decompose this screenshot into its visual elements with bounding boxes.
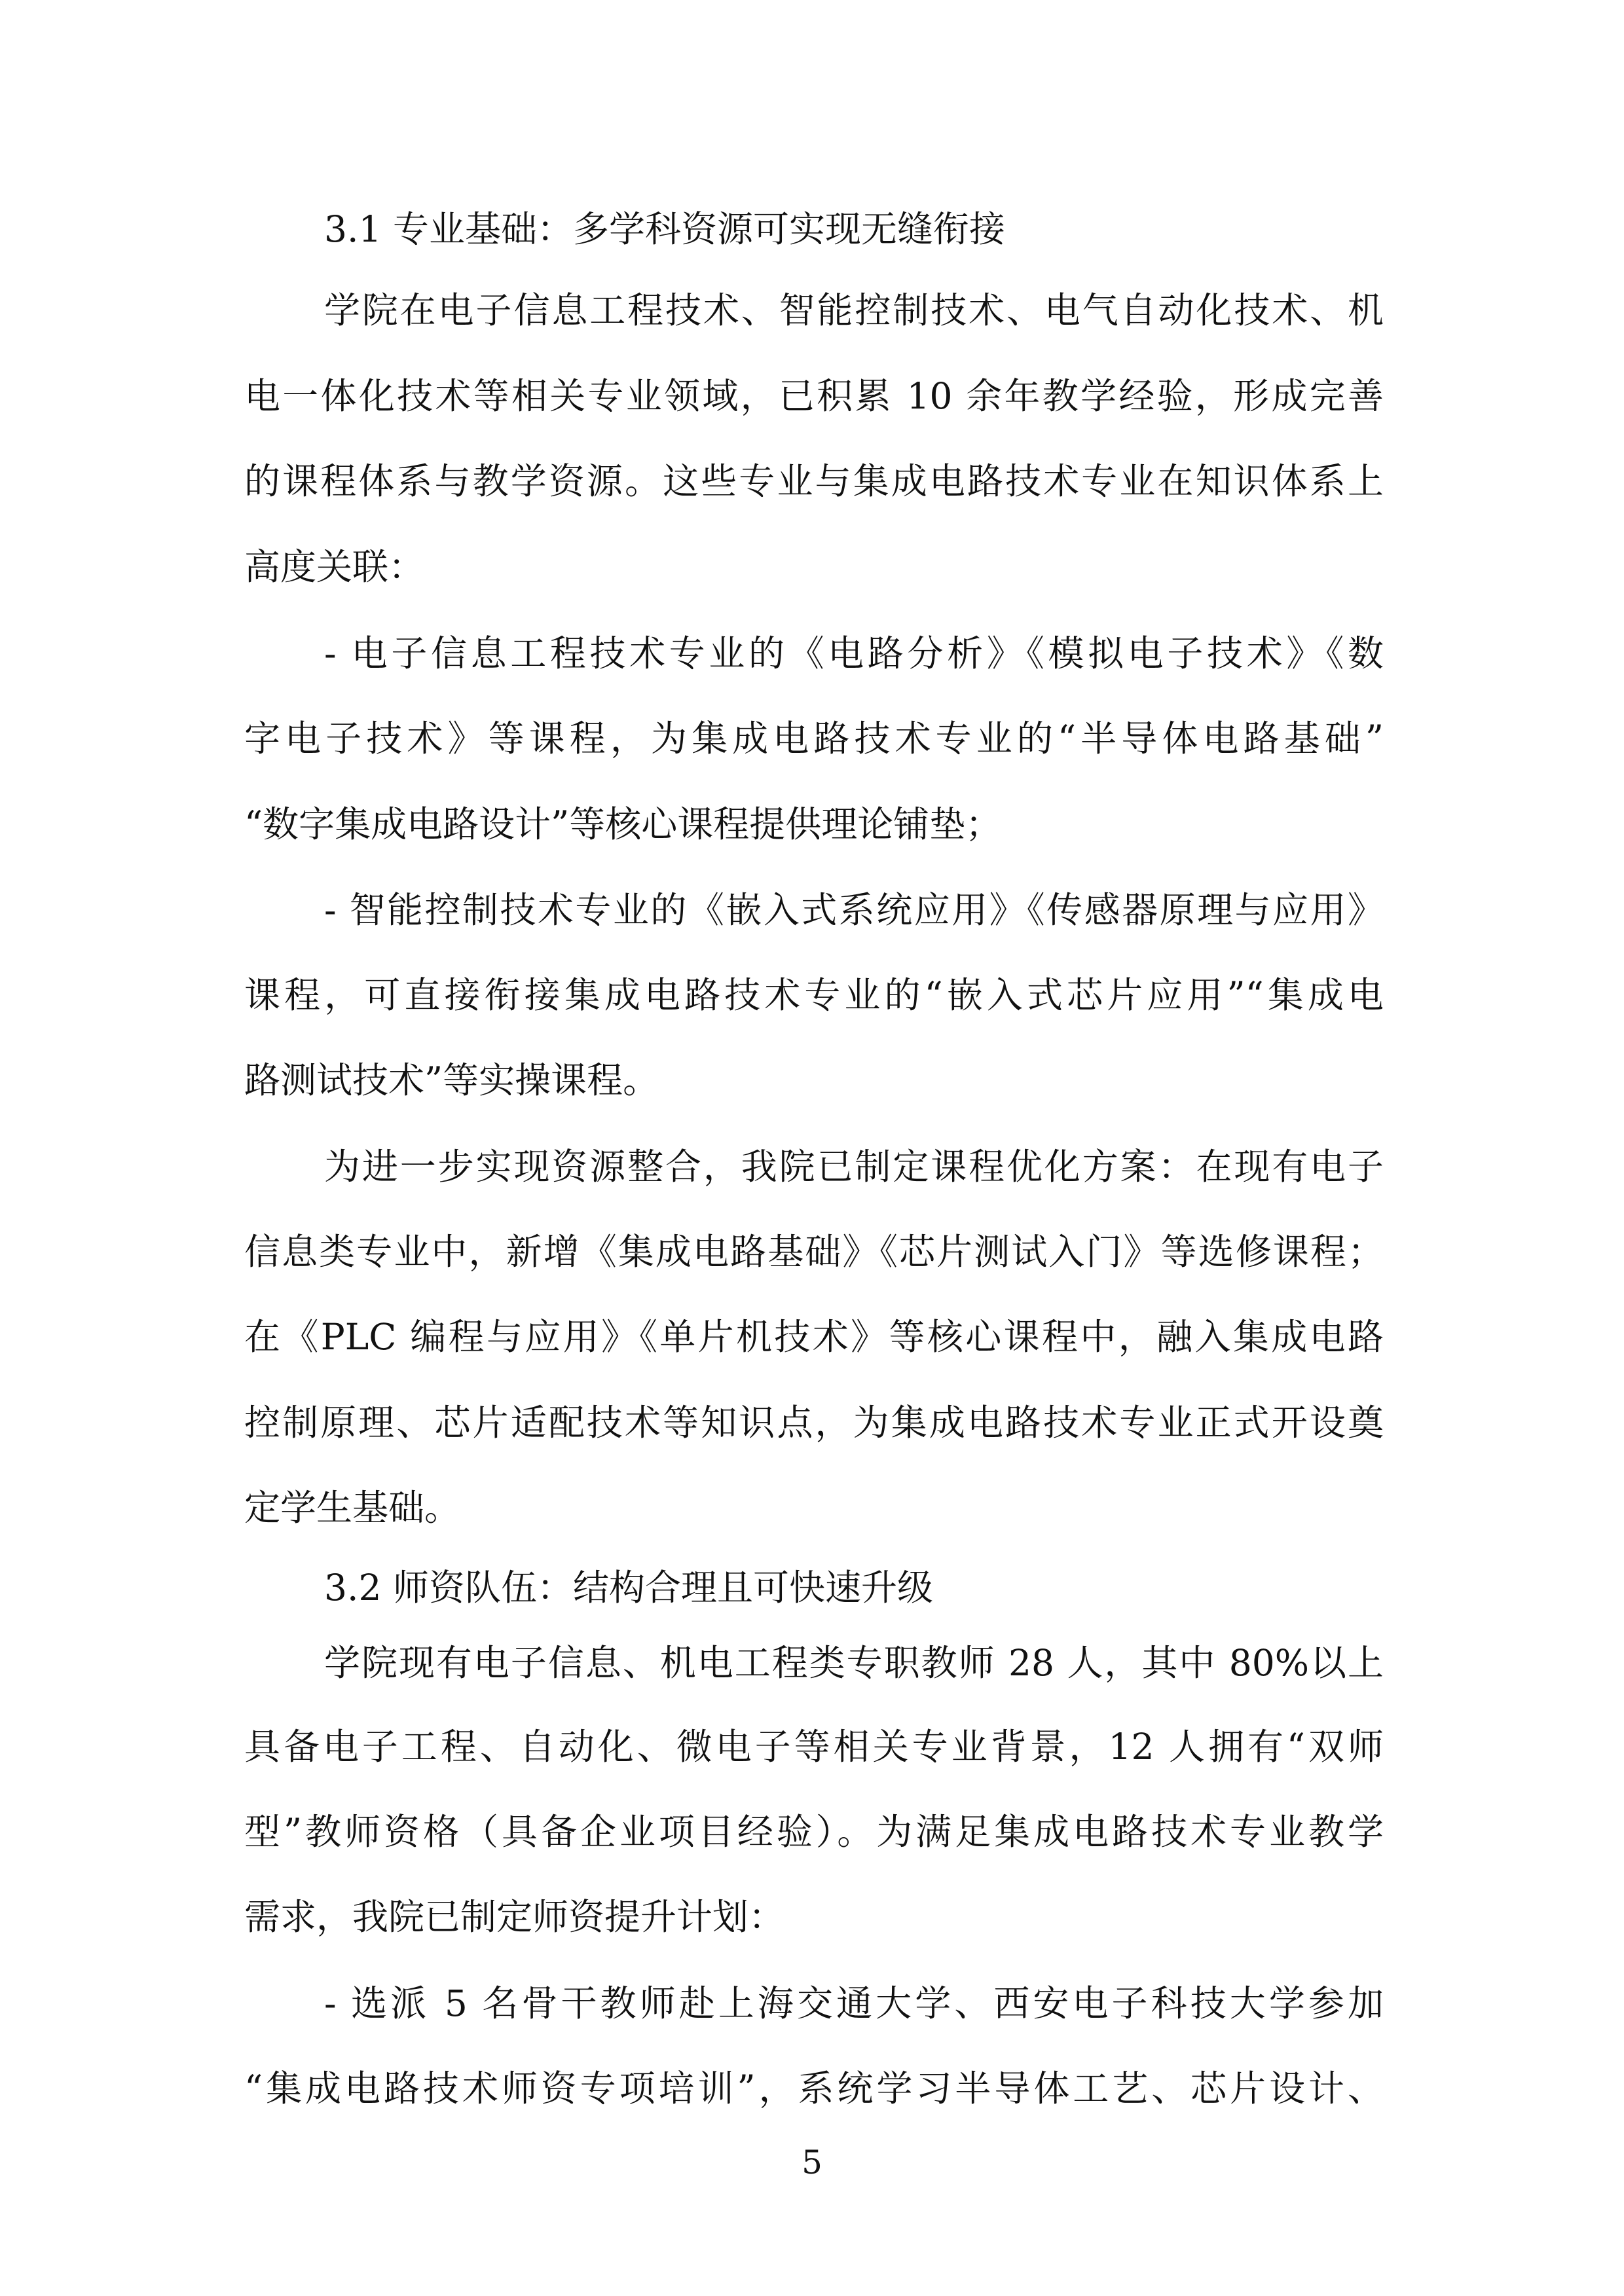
paragraph-line: 定学生基础。 (244, 1485, 1384, 1531)
bullet-item-line: - 选派 5 名骨干教师赴上海交通大学、西安电子科技大学参加 (324, 1980, 1384, 2026)
bullet-item-line: 路测试技术”等实操课程。 (244, 1057, 1384, 1103)
page-number: 5 (779, 2140, 845, 2185)
paragraph-line: 的课程体系与教学资源。这些专业与集成电路技术专业在知识体系上 (244, 458, 1384, 504)
paragraph-line: 信息类专业中，新增《集成电路基础》《芯片测试入门》等选修课程； (244, 1229, 1384, 1275)
bullet-item-line: 课程，可直接衔接集成电路技术专业的“嵌入式芯片应用”“集成电 (244, 972, 1384, 1018)
bullet-item-line: “数字集成电路设计”等核心课程提供理论铺垫； (244, 801, 1384, 847)
paragraph-line: 控制原理、芯片适配技术等知识点，为集成电路技术专业正式开设奠 (244, 1400, 1384, 1446)
paragraph-line: 学院现有电子信息、机电工程类专职教师 28 人，其中 80%以上 (324, 1640, 1384, 1686)
paragraph-line: 在《PLC 编程与应用》《单片机技术》等核心课程中，融入集成电路 (244, 1314, 1384, 1360)
paragraph-line: 需求，我院已制定师资提升计划： (244, 1894, 1384, 1940)
document-page: 3.1 专业基础：多学科资源可实现无缝衔接 学院在电子信息工程技术、智能控制技术… (0, 0, 1624, 2296)
paragraph-line: 为进一步实现资源整合，我院已制定课程优化方案：在现有电子 (324, 1144, 1384, 1190)
paragraph-line: 高度关联： (244, 544, 1384, 590)
bullet-item-line: - 智能控制技术专业的《嵌入式系统应用》《传感器原理与应用》 (324, 887, 1384, 933)
paragraph-line: 型”教师资格（具备企业项目经验）。为满足集成电路技术专业教学 (244, 1809, 1384, 1855)
bullet-item-line: “集成电路技术师资专项培训”，系统学习半导体工艺、芯片设计、 (244, 2066, 1384, 2111)
paragraph-line: 具备电子工程、自动化、微电子等相关专业背景，12 人拥有“双师 (244, 1724, 1384, 1770)
bullet-item-line: - 电子信息工程技术专业的《电路分析》《模拟电子技术》《数 (324, 630, 1384, 676)
section-heading-3-1: 3.1 专业基础：多学科资源可实现无缝衔接 (324, 206, 1384, 252)
paragraph-line: 电一体化技术等相关专业领域，已积累 10 余年教学经验，形成完善 (244, 373, 1384, 419)
bullet-item-line: 字电子技术》等课程，为集成电路技术专业的“半导体电路基础” (244, 716, 1384, 761)
paragraph-line: 学院在电子信息工程技术、智能控制技术、电气自动化技术、机 (324, 287, 1384, 333)
section-heading-3-2: 3.2 师资队伍：结构合理且可快速升级 (324, 1565, 1384, 1611)
